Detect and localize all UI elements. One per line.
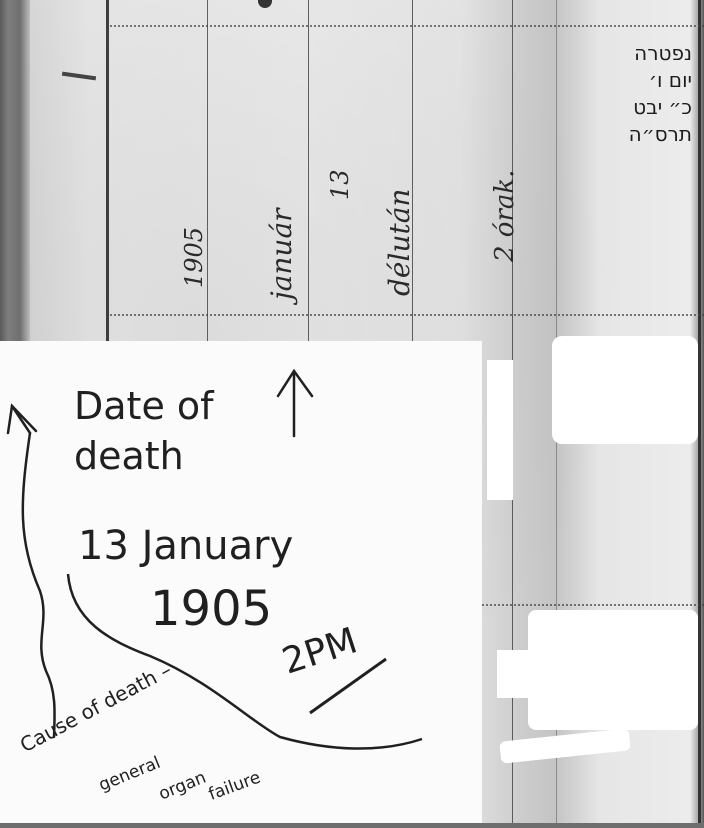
column-rule [698, 0, 701, 828]
hebrew-line: כ״ יבט [596, 94, 692, 121]
register-year: 1905 [180, 227, 208, 288]
annotation-date-line: 13 January [78, 523, 293, 569]
annotation-note: Date of death 13 January 1905 2PM Cause … [0, 341, 482, 825]
ink-blot [258, 0, 272, 8]
row-rule [110, 314, 704, 316]
arrow-up-icon [278, 371, 312, 436]
hebrew-line: תרס״ה [596, 121, 692, 148]
redaction-block [528, 610, 698, 730]
redaction-block [487, 360, 513, 500]
ink-mark [62, 72, 96, 81]
redaction-block [552, 336, 698, 444]
row-rule [482, 604, 704, 606]
register-time-of-day: délután [383, 189, 416, 296]
hebrew-line: יום ו׳ [596, 67, 692, 94]
row-rule [110, 25, 704, 27]
redaction-block [497, 650, 537, 698]
page-bottom-edge [0, 823, 704, 828]
hebrew-line: נפטרה [596, 40, 692, 67]
arrow-up-left-icon [8, 406, 55, 737]
register-page: 1905 január 13 délután 2 órak. נפטרה יום… [0, 0, 704, 828]
hebrew-note: נפטרה יום ו׳ כ״ יבט תרס״ה [596, 40, 692, 148]
redaction-block [499, 728, 631, 763]
register-day: 13 [326, 169, 354, 200]
annotation-year-line: 1905 [150, 581, 272, 637]
register-month: január [265, 208, 298, 300]
register-hour: 2 órak. [490, 170, 520, 262]
